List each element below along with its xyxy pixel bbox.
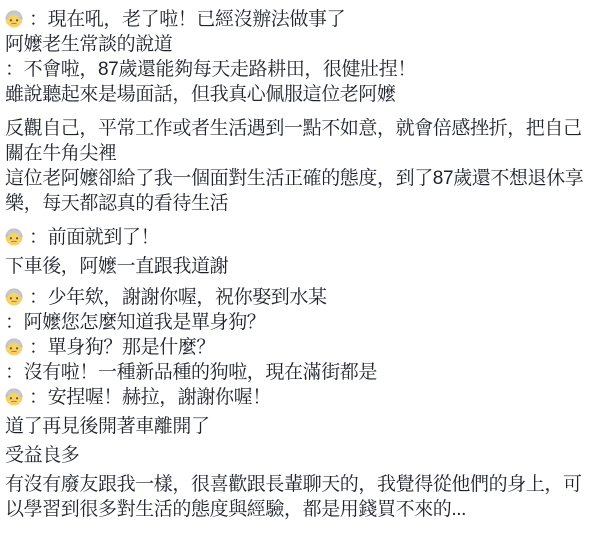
paragraph: ：少年欸，謝謝你喔，祝你娶到水某 ：阿嬤您怎麼知道我是單身狗？ ：單身狗？那是什… bbox=[5, 285, 610, 410]
dialogue-line: ：單身狗？那是什麼？ bbox=[5, 335, 610, 360]
line-text: 受益良多 bbox=[5, 445, 79, 466]
narration-line: 樂，每天都認真的看待生活 bbox=[5, 191, 610, 216]
line-text: ：不會啦，87歲還能夠每天走路耕田，很健壯捏！ bbox=[5, 59, 416, 80]
dialogue-line: ：前面就到了！ bbox=[5, 225, 610, 250]
paragraph: 反觀自己，平常工作或者生活遇到一點不如意，就會倍感挫折，把自己 關在牛角尖裡 這… bbox=[5, 116, 610, 216]
line-text: 有沒有廢友跟我一樣，很喜歡跟長輩聊天的，我覺得從他們的身上，可 bbox=[5, 474, 582, 495]
narration-line: 受益良多 bbox=[5, 443, 610, 468]
narration-line: 雖說聽起來是場面話，但我真心佩服這位老阿嬤 bbox=[5, 82, 610, 107]
dialogue-line: ：阿嬤您怎麼知道我是單身狗？ bbox=[5, 310, 610, 335]
line-text: ：單身狗？那是什麼？ bbox=[29, 337, 215, 358]
line-text: 下車後，阿嬤一直跟我道謝 bbox=[5, 256, 228, 277]
line-text: 這位老阿嬤卻給了我一個面對生活正確的態度，到了87歲還不想退休享 bbox=[5, 168, 583, 189]
paragraph: 有沒有廢友跟我一樣，很喜歡跟長輩聊天的，我覺得從他們的身上，可 以學習到很多對生… bbox=[5, 472, 610, 522]
paragraph: ：前面就到了！ bbox=[5, 225, 610, 250]
dialogue-line: ：安捏喔！赫拉，謝謝你喔！ bbox=[5, 385, 610, 410]
older-person-emoji-icon bbox=[5, 388, 23, 406]
narration-line: 有沒有廢友跟我一樣，很喜歡跟長輩聊天的，我覺得從他們的身上，可 bbox=[5, 472, 610, 497]
line-text: ：現在吼，老了啦！已經沒辦法做事了 bbox=[29, 9, 345, 30]
narration-line: 阿嬤老生常談的說道 bbox=[5, 32, 610, 57]
paragraph: 道了再見後開著車離開了 bbox=[5, 414, 610, 439]
narration-line: 以學習到很多對生活的態度與經驗，都是用錢買不來的... bbox=[5, 497, 610, 522]
line-text: ：少年欸，謝謝你喔，祝你娶到水某 bbox=[29, 287, 327, 308]
line-text: 阿嬤老生常談的說道 bbox=[5, 34, 172, 55]
line-text: ：安捏喔！赫拉，謝謝你喔！ bbox=[29, 387, 271, 408]
older-person-emoji-icon bbox=[5, 228, 23, 246]
line-text: 反觀自己，平常工作或者生活遇到一點不如意，就會倍感挫折，把自己 bbox=[5, 118, 582, 139]
line-text: 以學習到很多對生活的態度與經驗，都是用錢買不來的... bbox=[5, 499, 466, 520]
line-text: 道了再見後開著車離開了 bbox=[5, 416, 210, 437]
dialogue-line: ：少年欸，謝謝你喔，祝你娶到水某 bbox=[5, 285, 610, 310]
dialogue-line: ：沒有啦！一種新品種的狗啦，現在滿街都是 bbox=[5, 360, 610, 385]
line-text: ：沒有啦！一種新品種的狗啦，現在滿街都是 bbox=[5, 362, 377, 383]
narration-line: 關在牛角尖裡 bbox=[5, 141, 610, 166]
older-person-emoji-icon bbox=[5, 338, 23, 356]
post-text-content: ：現在吼，老了啦！已經沒辦法做事了 阿嬤老生常談的說道 ：不會啦，87歲還能夠每… bbox=[0, 0, 610, 522]
line-text: ：阿嬤您怎麼知道我是單身狗？ bbox=[5, 312, 265, 333]
paragraph: ：現在吼，老了啦！已經沒辦法做事了 阿嬤老生常談的說道 ：不會啦，87歲還能夠每… bbox=[5, 7, 610, 107]
paragraph: 下車後，阿嬤一直跟我道謝 bbox=[5, 254, 610, 279]
line-text: ：前面就到了！ bbox=[29, 227, 159, 248]
line-text: 雖說聽起來是場面話，但我真心佩服這位老阿嬤 bbox=[5, 84, 396, 105]
dialogue-line: ：現在吼，老了啦！已經沒辦法做事了 bbox=[5, 7, 610, 32]
older-person-emoji-icon bbox=[5, 288, 23, 306]
narration-line: 反觀自己，平常工作或者生活遇到一點不如意，就會倍感挫折，把自己 bbox=[5, 116, 610, 141]
line-text: 樂，每天都認真的看待生活 bbox=[5, 193, 228, 214]
paragraph: 受益良多 bbox=[5, 443, 610, 468]
narration-line: 下車後，阿嬤一直跟我道謝 bbox=[5, 254, 610, 279]
older-person-emoji-icon bbox=[5, 10, 23, 28]
narration-line: 道了再見後開著車離開了 bbox=[5, 414, 610, 439]
line-text: 關在牛角尖裡 bbox=[5, 143, 117, 164]
dialogue-line: ：不會啦，87歲還能夠每天走路耕田，很健壯捏！ bbox=[5, 57, 610, 82]
narration-line: 這位老阿嬤卻給了我一個面對生活正確的態度，到了87歲還不想退休享 bbox=[5, 166, 610, 191]
